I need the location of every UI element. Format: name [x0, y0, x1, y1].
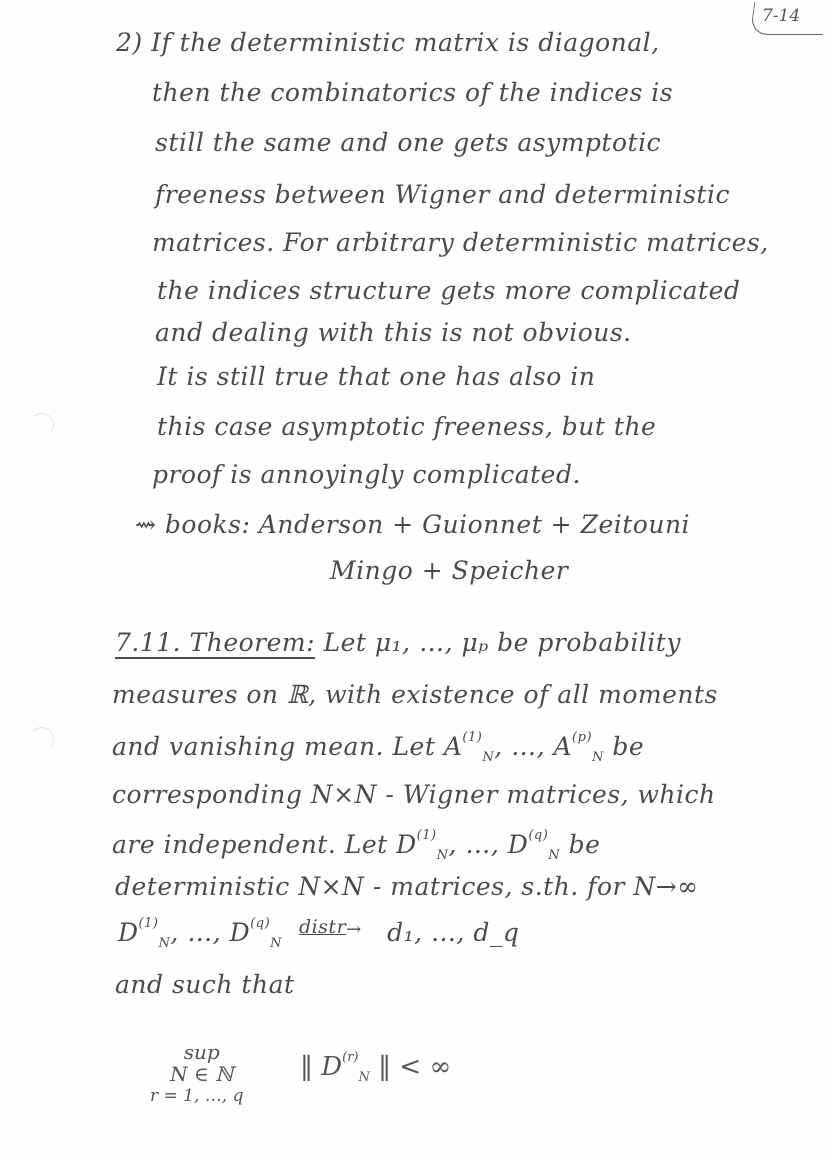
remark-line: still the same and one gets asymptotic — [155, 128, 661, 157]
theorem-line: and such that — [115, 970, 295, 999]
remark-line: this case asymptotic freeness, but the — [157, 412, 656, 441]
superscript: (1) — [417, 828, 437, 843]
supremum-operator: sup N ∈ ℕ r = 1, …, q — [160, 1040, 244, 1106]
theorem-label: 7.11. Theorem: — [115, 628, 315, 657]
subscript: N — [548, 848, 560, 863]
remark-line: the indices structure gets more complica… — [157, 276, 740, 305]
superscript: (p) — [572, 730, 592, 745]
remark-line: freeness between Wigner and deterministi… — [155, 180, 730, 209]
superscript: (1) — [139, 916, 159, 931]
remark-line: matrices. For arbitrary deterministic ma… — [152, 228, 769, 257]
subscript: N — [158, 936, 170, 951]
superscript: (q) — [250, 916, 270, 931]
remark-line: 2) If the deterministic matrix is diagon… — [116, 28, 660, 57]
distribution-convergence-label: distr — [299, 916, 346, 938]
remark-line: and dealing with this is not obvious. — [155, 318, 632, 347]
superscript: (q) — [528, 828, 548, 843]
theorem-text: , …, D — [448, 830, 528, 859]
remark-line: It is still true that one has also in — [157, 362, 595, 391]
subscript: N — [592, 750, 604, 765]
sup-subscript: N ∈ ℕ — [160, 1062, 244, 1086]
book-reference: Mingo + Speicher — [330, 556, 568, 585]
theorem-text: and vanishing mean. Let A — [112, 732, 462, 761]
theorem-line: are independent. Let D(1)N, …, D(q)N be — [112, 828, 600, 863]
theorem-line: measures on ℝ, with existence of all mom… — [112, 680, 718, 709]
arrow-icon: → — [346, 919, 362, 940]
page-number: 7-14 — [762, 6, 800, 26]
sup-label: sup — [160, 1040, 244, 1064]
theorem-text: D — [118, 918, 139, 947]
theorem-line: 7.11. Theorem: Let μ₁, …, μₚ be probabil… — [115, 628, 681, 657]
remark-line: then the combinatorics of the indices is — [152, 78, 673, 107]
subscript: N — [358, 1070, 369, 1085]
theorem-text: be — [560, 830, 600, 859]
subscript: N — [437, 848, 449, 863]
theorem-line: D(1)N, …, D(q)N distr→ d₁, …, d_q — [118, 916, 519, 951]
punch-hole-mark — [30, 413, 54, 437]
notes-page: 7-14 2) If the deterministic matrix is d… — [0, 0, 827, 1157]
sup-subscript: r = 1, …, q — [150, 1086, 244, 1106]
theorem-line: deterministic N×N - matrices, s.th. for … — [115, 872, 699, 901]
theorem-text: , …, A — [494, 732, 572, 761]
superscript: (r) — [342, 1050, 358, 1065]
theorem-text: are independent. Let D — [112, 830, 417, 859]
theorem-text: , …, D — [170, 918, 250, 947]
norm-bound-formula: ‖ D(r)N ‖ < ∞ — [300, 1050, 451, 1085]
theorem-line: and vanishing mean. Let A(1)N, …, A(p)N … — [112, 730, 644, 765]
theorem-line: corresponding N×N - Wigner matrices, whi… — [112, 780, 716, 809]
formula-text: ‖ D — [300, 1052, 342, 1082]
subscript: N — [270, 936, 282, 951]
subscript: N — [482, 750, 494, 765]
remark-line: proof is annoyingly complicated. — [152, 460, 581, 489]
theorem-text: Let μ₁, …, μₚ be probability — [324, 628, 681, 657]
superscript: (1) — [462, 730, 482, 745]
theorem-text: d₁, …, d_q — [387, 918, 519, 947]
theorem-text: be — [604, 732, 644, 761]
book-reference: ⇝ books: Anderson + Guionnet + Zeitouni — [135, 510, 690, 539]
punch-hole-mark — [30, 727, 54, 751]
formula-text: ‖ < ∞ — [370, 1052, 451, 1082]
